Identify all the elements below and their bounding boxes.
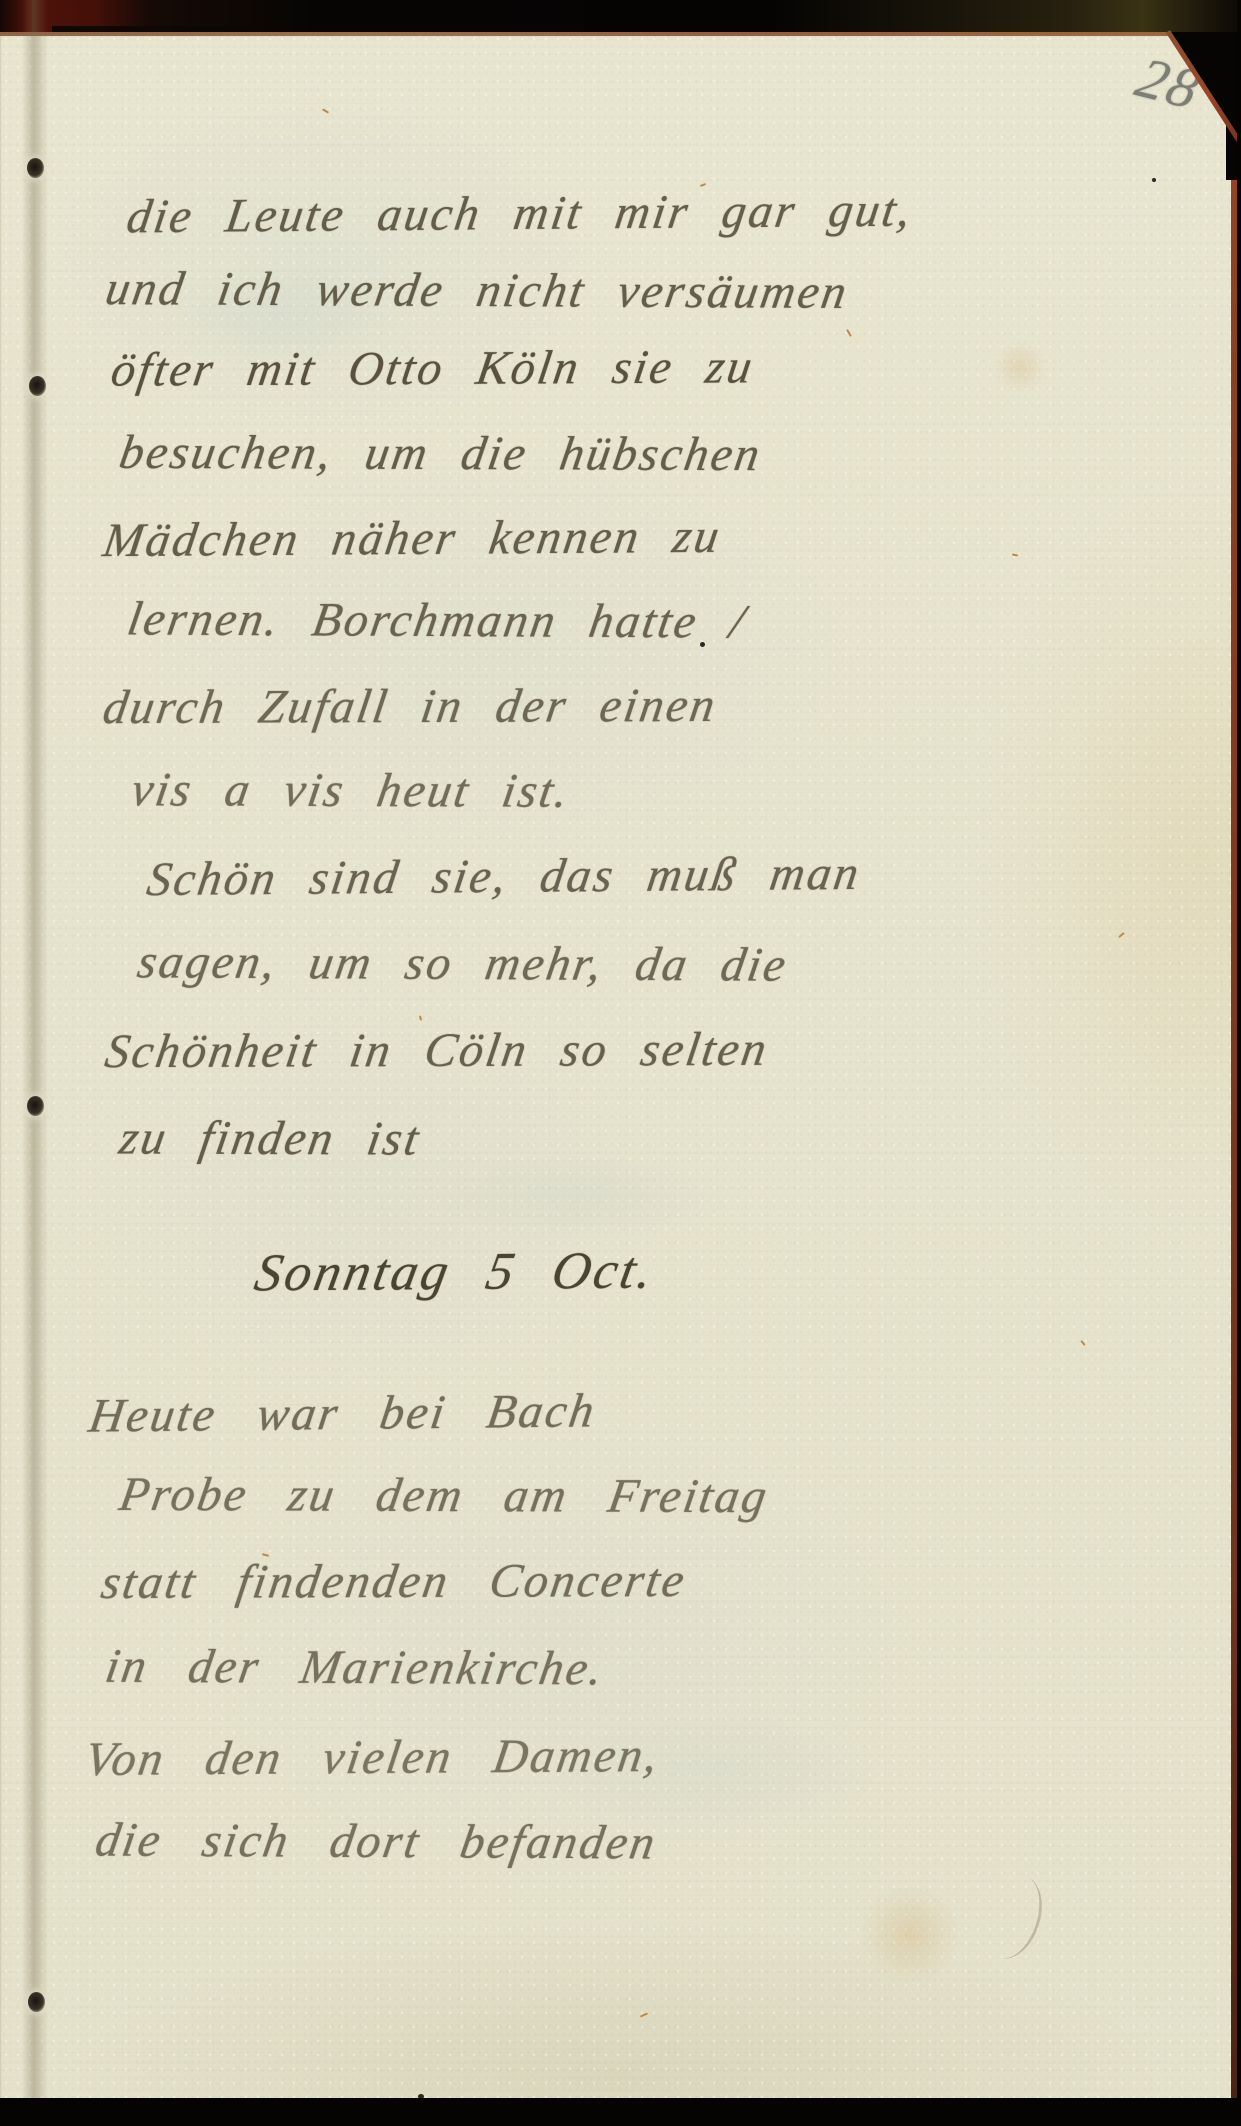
manuscript-line: öfter mit Otto Köln sie zu	[108, 339, 759, 397]
sewing-hole	[27, 158, 44, 178]
manuscript-line: Mädchen näher kennen zu	[100, 509, 726, 568]
manuscript-line: Schönheit in Cöln so selten	[102, 1022, 773, 1079]
binding-gutter-crease	[22, 0, 48, 2126]
manuscript-line: durch Zufall in der einen	[100, 678, 722, 735]
manuscript-line: die Leute auch mit mir gar gut,	[123, 183, 916, 245]
manuscript-line: lernen. Borchmann hatte /	[124, 591, 751, 649]
manuscript-line: zu finden ist	[116, 1110, 425, 1166]
sewing-hole	[29, 376, 46, 396]
scan-background-right	[1237, 0, 1241, 2126]
manuscript-line: statt findenden Concerte	[98, 1553, 691, 1610]
date-heading: Sonntag 5 Oct.	[250, 1241, 660, 1304]
manuscript-line: besuchen, um die hübschen	[116, 425, 766, 482]
manuscript-line: Schön sind sie, das muß man	[143, 846, 864, 907]
manuscript-line: Von den vielen Damen,	[82, 1728, 664, 1787]
manuscript-line: und ich werde nicht versäumen	[102, 261, 853, 320]
manuscript-line: Heute war bei Bach	[86, 1383, 601, 1443]
sewing-hole	[28, 1992, 45, 2012]
manuscript-line: sagen, um so mehr, da die	[134, 934, 792, 992]
scanned-diary-page: 28 die Leute auch mit mir gar gut, und i…	[0, 0, 1241, 2126]
manuscript-line: in der Marienkirche.	[102, 1639, 609, 1697]
scan-background-bottom	[0, 2098, 1241, 2126]
manuscript-line: vis a vis heut ist.	[128, 762, 575, 819]
manuscript-line: Probe zu dem am Freitag	[116, 1467, 773, 1524]
manuscript-line: die sich dort befanden	[92, 1813, 661, 1871]
sewing-hole	[27, 1096, 44, 1116]
